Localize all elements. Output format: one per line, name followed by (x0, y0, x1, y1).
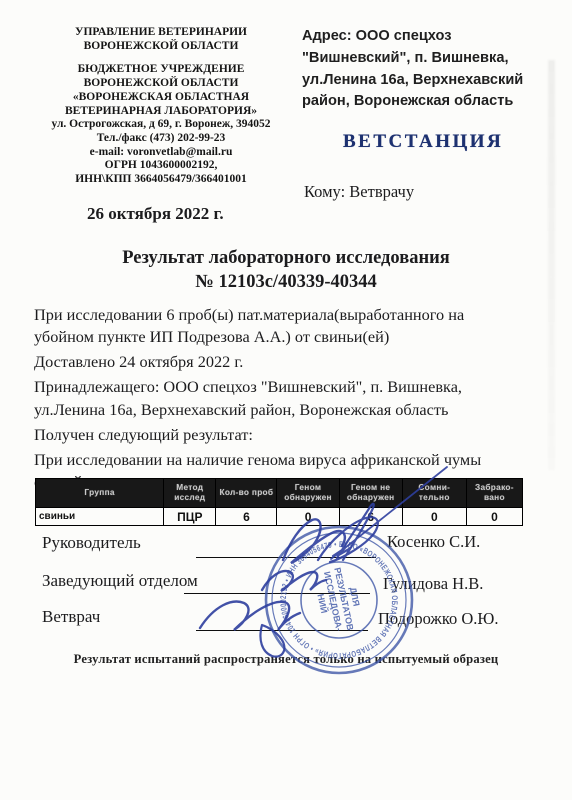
letterhead-line: Тел./факс (473) 202-99-23 (30, 132, 292, 146)
letterhead-line: БЮДЖЕТНОЕ УЧРЕЖДЕНИЕ (30, 63, 292, 77)
body-line: Получен следующий результат: (34, 424, 552, 446)
letterhead: УПРАВЛЕНИЕ ВЕТЕРИНАРИИ ВОРОНЕЖСКОЙ ОБЛАС… (30, 26, 292, 187)
body-line: При исследовании на наличие генома вирус… (34, 449, 552, 471)
col-header-doubtful: Сомни-тельно (402, 479, 466, 508)
recipient-address: Адрес: ООО спецхоз "Вишневский", п. Вишн… (302, 26, 562, 113)
body-paragraph: При исследовании 6 проб(ы) пат.материала… (34, 304, 552, 349)
cell-sample-count: 6 (216, 508, 277, 526)
col-header-genome-found: Геномобнаружен (277, 479, 339, 508)
pen-signature-vet (200, 602, 300, 630)
stamp-inner-circle (301, 562, 377, 638)
letterhead-line: ИНН\КПП 3664056479/366401001 (30, 173, 292, 187)
signature-name-department-head: Гулидова Н.В. (383, 574, 483, 594)
svg-text:ИССЛЕДОВА-: ИССЛЕДОВА- (322, 571, 344, 632)
document-date: 26 октября 2022 г. (87, 204, 224, 224)
col-header-method: Методисслед (164, 479, 216, 508)
col-header-genome-not-found: Геном необнаружен (339, 479, 402, 508)
table-header-row: Группа Методисслед Кол-во проб Геномобна… (36, 479, 523, 508)
vetstation-ink-stamp: ВЕТСТАНЦИЯ (343, 131, 503, 153)
body-line: При исследовании 6 проб(ы) пат.материала… (34, 304, 552, 326)
cell-doubtful: 0 (402, 508, 466, 526)
body-paragraph: Получен следующий результат: (34, 424, 552, 446)
recipient-address-line: район, Воронежская область (302, 91, 562, 113)
table-row: свиньи ПЦР 6 0 6 0 0 (36, 508, 523, 526)
stamp-center-text: ДЛЯ РЕЗУЛЬТАТОВ ИССЛЕДОВА- НИЙ (311, 564, 367, 636)
body-line: Доставлено 24 октября 2022 г. (34, 351, 552, 373)
letterhead-line: ОГРН 1043600002192, (30, 159, 292, 173)
document-title: Результат лабораторного исследования № 1… (0, 247, 572, 294)
svg-text:НИЙ: НИЙ (315, 593, 330, 614)
pen-signature-department-head (262, 571, 326, 591)
letterhead-line: ул. Острогожская, д 69, г. Воронеж, 3940… (30, 118, 292, 132)
scanned-lab-report: УПРАВЛЕНИЕ ВЕТЕРИНАРИИ ВОРОНЕЖСКОЙ ОБЛАС… (0, 0, 572, 800)
svg-text:ДЛЯ: ДЛЯ (348, 586, 362, 607)
recipient-to-line: Кому: Ветврачу (304, 182, 414, 202)
document-title-line1: Результат лабораторного исследования (0, 247, 572, 271)
body-line: ул.Ленина 16а, Верхнехавский район, Воро… (34, 399, 552, 421)
letterhead-line: ВЕТЕРИНАРНАЯ ЛАБОРАТОРИЯ» (30, 105, 292, 119)
signature-line (196, 557, 376, 558)
col-header-group: Группа (36, 479, 164, 508)
body-paragraph: Принадлежащего: ООО спецхоз "Вишневский"… (34, 376, 552, 421)
col-header-sample-count: Кол-во проб (216, 479, 277, 508)
signature-role-vet: Ветврач (42, 607, 100, 627)
stamp-middle-circle (272, 533, 406, 667)
cell-group: свиньи (36, 508, 164, 526)
signature-line (184, 593, 370, 594)
body-line: убойном пункте ИП Подрезова А.А.) от сви… (34, 326, 552, 348)
body-line: Принадлежащего: ООО спецхоз "Вишневский"… (34, 376, 552, 398)
signature-role-director: Руководитель (42, 533, 141, 553)
recipient-address-line: Адрес: ООО спецхоз (302, 26, 562, 48)
signature-name-director: Косенко С.И. (387, 532, 480, 552)
cell-genome-found: 0 (277, 508, 339, 526)
svg-text:РЕЗУЛЬТАТОВ: РЕЗУЛЬТАТОВ (332, 567, 355, 632)
cell-method: ПЦР (164, 508, 216, 526)
col-header-rejected: Забрако-вано (466, 479, 522, 508)
recipient-address-line: ул.Ленина 16а, Верхнехавский (302, 70, 562, 92)
letterhead-line: ВОРОНЕЖСКОЙ ОБЛАСТИ (30, 77, 292, 91)
recipient-address-line: "Вишневский", п. Вишневка, (302, 48, 562, 70)
letterhead-line: e-mail: voronvetlab@mail.ru (30, 146, 292, 160)
scan-artifact (548, 60, 555, 470)
body-paragraph: Доставлено 24 октября 2022 г. (34, 351, 552, 373)
body-text: При исследовании 6 проб(ы) пат.материала… (34, 304, 552, 496)
document-title-line2: № 12103с/40339-40344 (0, 271, 572, 295)
letterhead-line: ВОРОНЕЖСКОЙ ОБЛАСТИ (30, 40, 292, 54)
signature-name-vet: Подорожко О.Ю. (378, 609, 499, 629)
signature-role-department-head: Заведующий отделом (42, 571, 198, 591)
signature-line (196, 630, 368, 631)
cell-rejected: 0 (466, 508, 522, 526)
footer-note: Результат испытаний распространяется тол… (0, 652, 572, 667)
cell-genome-not-found: 6 (339, 508, 402, 526)
letterhead-line: УПРАВЛЕНИЕ ВЕТЕРИНАРИИ (30, 26, 292, 40)
letterhead-line: «ВОРОНЕЖСКАЯ ОБЛАСТНАЯ (30, 91, 292, 105)
results-table: Группа Методисслед Кол-во проб Геномобна… (35, 478, 523, 526)
